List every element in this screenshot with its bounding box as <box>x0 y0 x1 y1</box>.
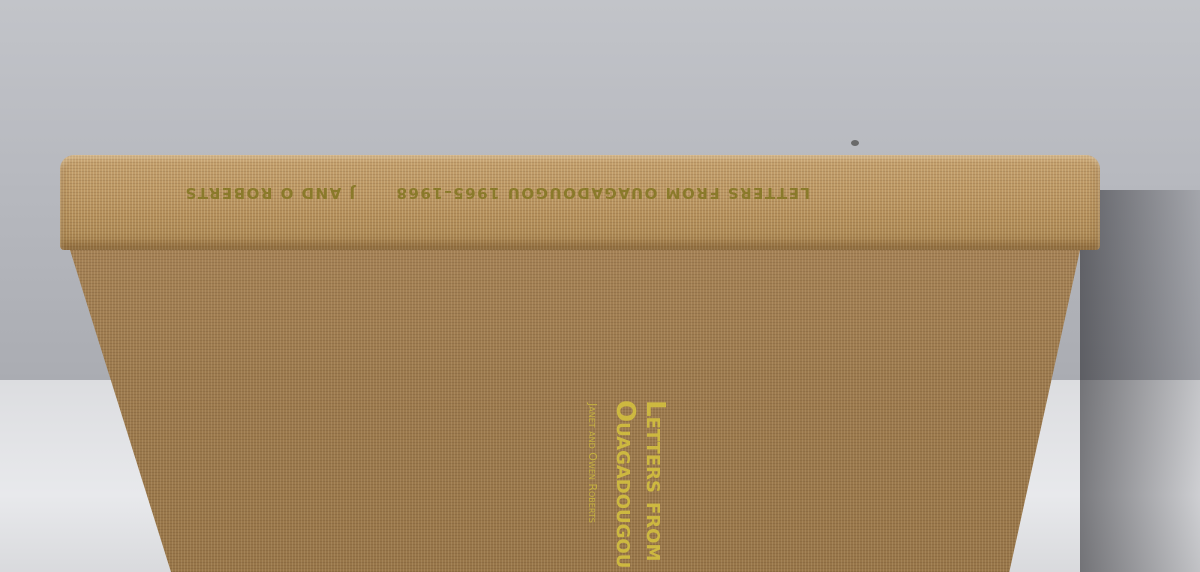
cover-title-line2: Ouagadougou <box>610 400 640 568</box>
spine-title: LETTERS FROM OUAGADOUGOU 1965–1968 <box>395 184 810 202</box>
spine-text: LETTERS FROM OUAGADOUGOU 1965–1968 J AND… <box>210 180 810 206</box>
spine-authors: J AND O ROBERTS <box>184 184 355 202</box>
cover-title-line1: Letters from <box>640 400 670 568</box>
cover-title: Letters from Ouagadougou <box>610 400 670 568</box>
cover-authors: Janet and Owen Roberts <box>586 403 599 523</box>
book: LETTERS FROM OUAGADOUGOU 1965–1968 J AND… <box>0 0 1200 572</box>
book-cover <box>70 250 1080 572</box>
